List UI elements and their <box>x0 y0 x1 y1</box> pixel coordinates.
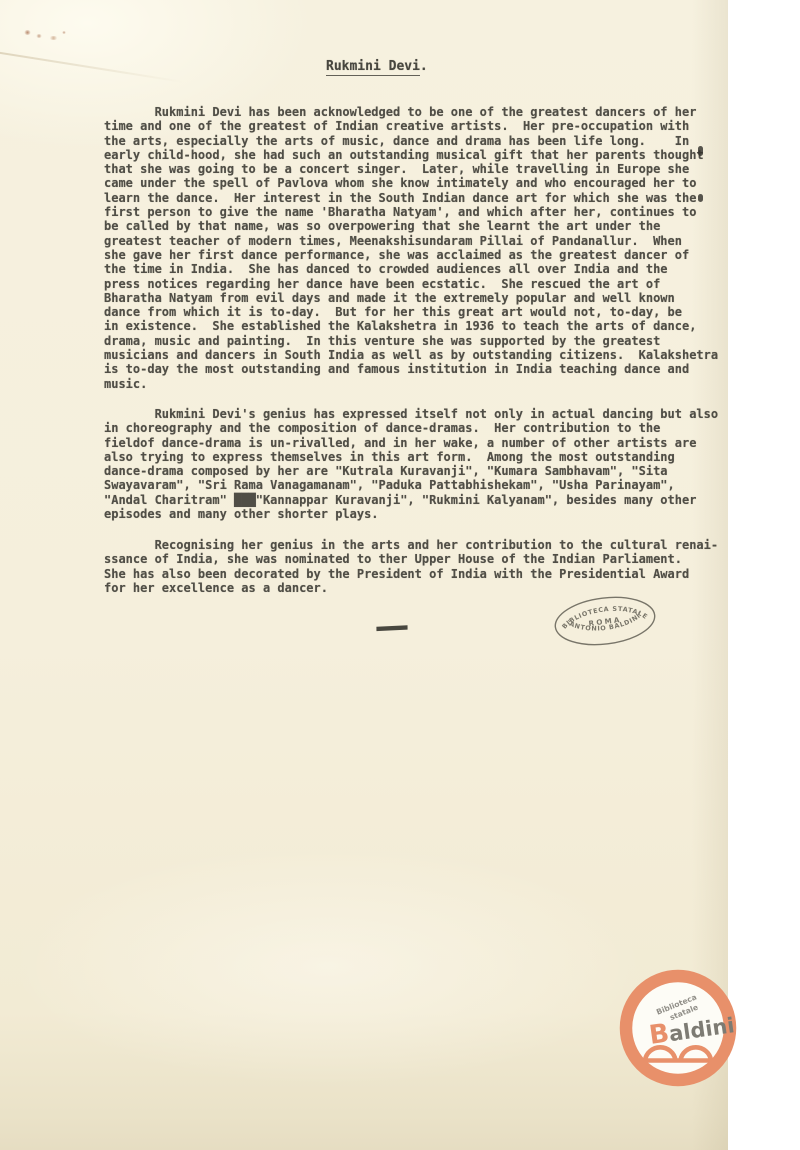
page-title: Rukmini Devi. <box>326 59 428 74</box>
paragraph-3: Recognising her genius in the arts and h… <box>104 538 728 595</box>
stamp-oval-icon: BIBLIOTECA STATALE ROMA "ANTONIO BALDINI… <box>545 585 665 656</box>
typewritten-line: first person to give the name 'Bharatha … <box>104 205 728 219</box>
paper-crease <box>0 51 183 83</box>
library-stamp: BIBLIOTECA STATALE ROMA "ANTONIO BALDINI… <box>545 585 665 656</box>
typewritten-line: fieldof dance-drama is un-rivalled, and … <box>104 436 728 450</box>
typewritten-line: be called by that name, was so overpower… <box>104 219 728 233</box>
typewritten-line: in choreography and the composition of d… <box>104 421 728 435</box>
typewritten-line: musicians and dancers in South India as … <box>104 348 728 362</box>
typewritten-line: in existence. She established the Kalaks… <box>104 319 728 333</box>
typewritten-line: the time in India. She has danced to cro… <box>104 262 728 276</box>
typewritten-line: Bharatha Natyam from evil days and made … <box>104 291 728 305</box>
page-title-text: Rukmini Devi <box>326 59 420 76</box>
typewritten-line: dance from which it is to-day. But for h… <box>104 305 728 319</box>
baldini-logo-icon: Biblioteca statale Baldini <box>619 969 737 1087</box>
typewritten-line: early child-hood, she had such an outsta… <box>104 148 728 162</box>
typewritten-line: She has also been decorated by the Presi… <box>104 567 728 581</box>
typewritten-line: that she was going to be a concert singe… <box>104 162 728 176</box>
typewritten-line: she gave her first dance performance, sh… <box>104 248 728 262</box>
typewritten-line: greatest teacher of modern times, Meenak… <box>104 234 728 248</box>
typewritten-line: the arts, especially the arts of music, … <box>104 134 728 148</box>
typewritten-line: is to-day the most outstanding and famou… <box>104 362 728 376</box>
paper-stain <box>49 36 58 40</box>
typewritten-line: Swayavaram", "Sri Rama Vanagamanam", "Pa… <box>104 478 728 492</box>
typewritten-line: drama, music and painting. In this ventu… <box>104 334 728 348</box>
typewritten-line: Recognising her genius in the arts and h… <box>104 538 728 552</box>
typewritten-line: Rukmini Devi has been acknowledged to be… <box>104 105 728 119</box>
typewritten-line: music. <box>104 377 728 391</box>
typewritten-line: also trying to express themselves in thi… <box>104 450 728 464</box>
typewritten-line: time and one of the greatest of Indian c… <box>104 119 728 133</box>
typewritten-line: Rukmini Devi's genius has expressed itse… <box>104 407 728 421</box>
scanned-document: Rukmini Devi. Rukmini Devi has been ackn… <box>0 0 800 1150</box>
typewritten-line: dance-drama composed by her are "Kutrala… <box>104 464 728 478</box>
paragraph-1: Rukmini Devi has been acknowledged to be… <box>104 105 728 391</box>
typewritten-line: press notices regarding her dance have b… <box>104 277 728 291</box>
paper-stain <box>62 31 66 34</box>
paper-stain <box>36 34 42 38</box>
end-of-text-dash: — <box>374 588 410 663</box>
typewritten-line: "Andal Charitram" ███"Kannappar Kuravanj… <box>104 493 728 507</box>
page-title-period: . <box>420 59 428 74</box>
typewritten-line: came under the spell of Pavlova whom she… <box>104 176 728 190</box>
typewritten-line: ssance of India, she was nominated to th… <box>104 552 728 566</box>
library-logo: Biblioteca statale Baldini <box>619 969 737 1087</box>
paper-stain <box>24 30 31 35</box>
paragraph-2: Rukmini Devi's genius has expressed itse… <box>104 407 728 521</box>
typewritten-line: learn the dance. Her interest in the Sou… <box>104 191 728 205</box>
typewritten-line: episodes and many other shorter plays. <box>104 507 728 521</box>
